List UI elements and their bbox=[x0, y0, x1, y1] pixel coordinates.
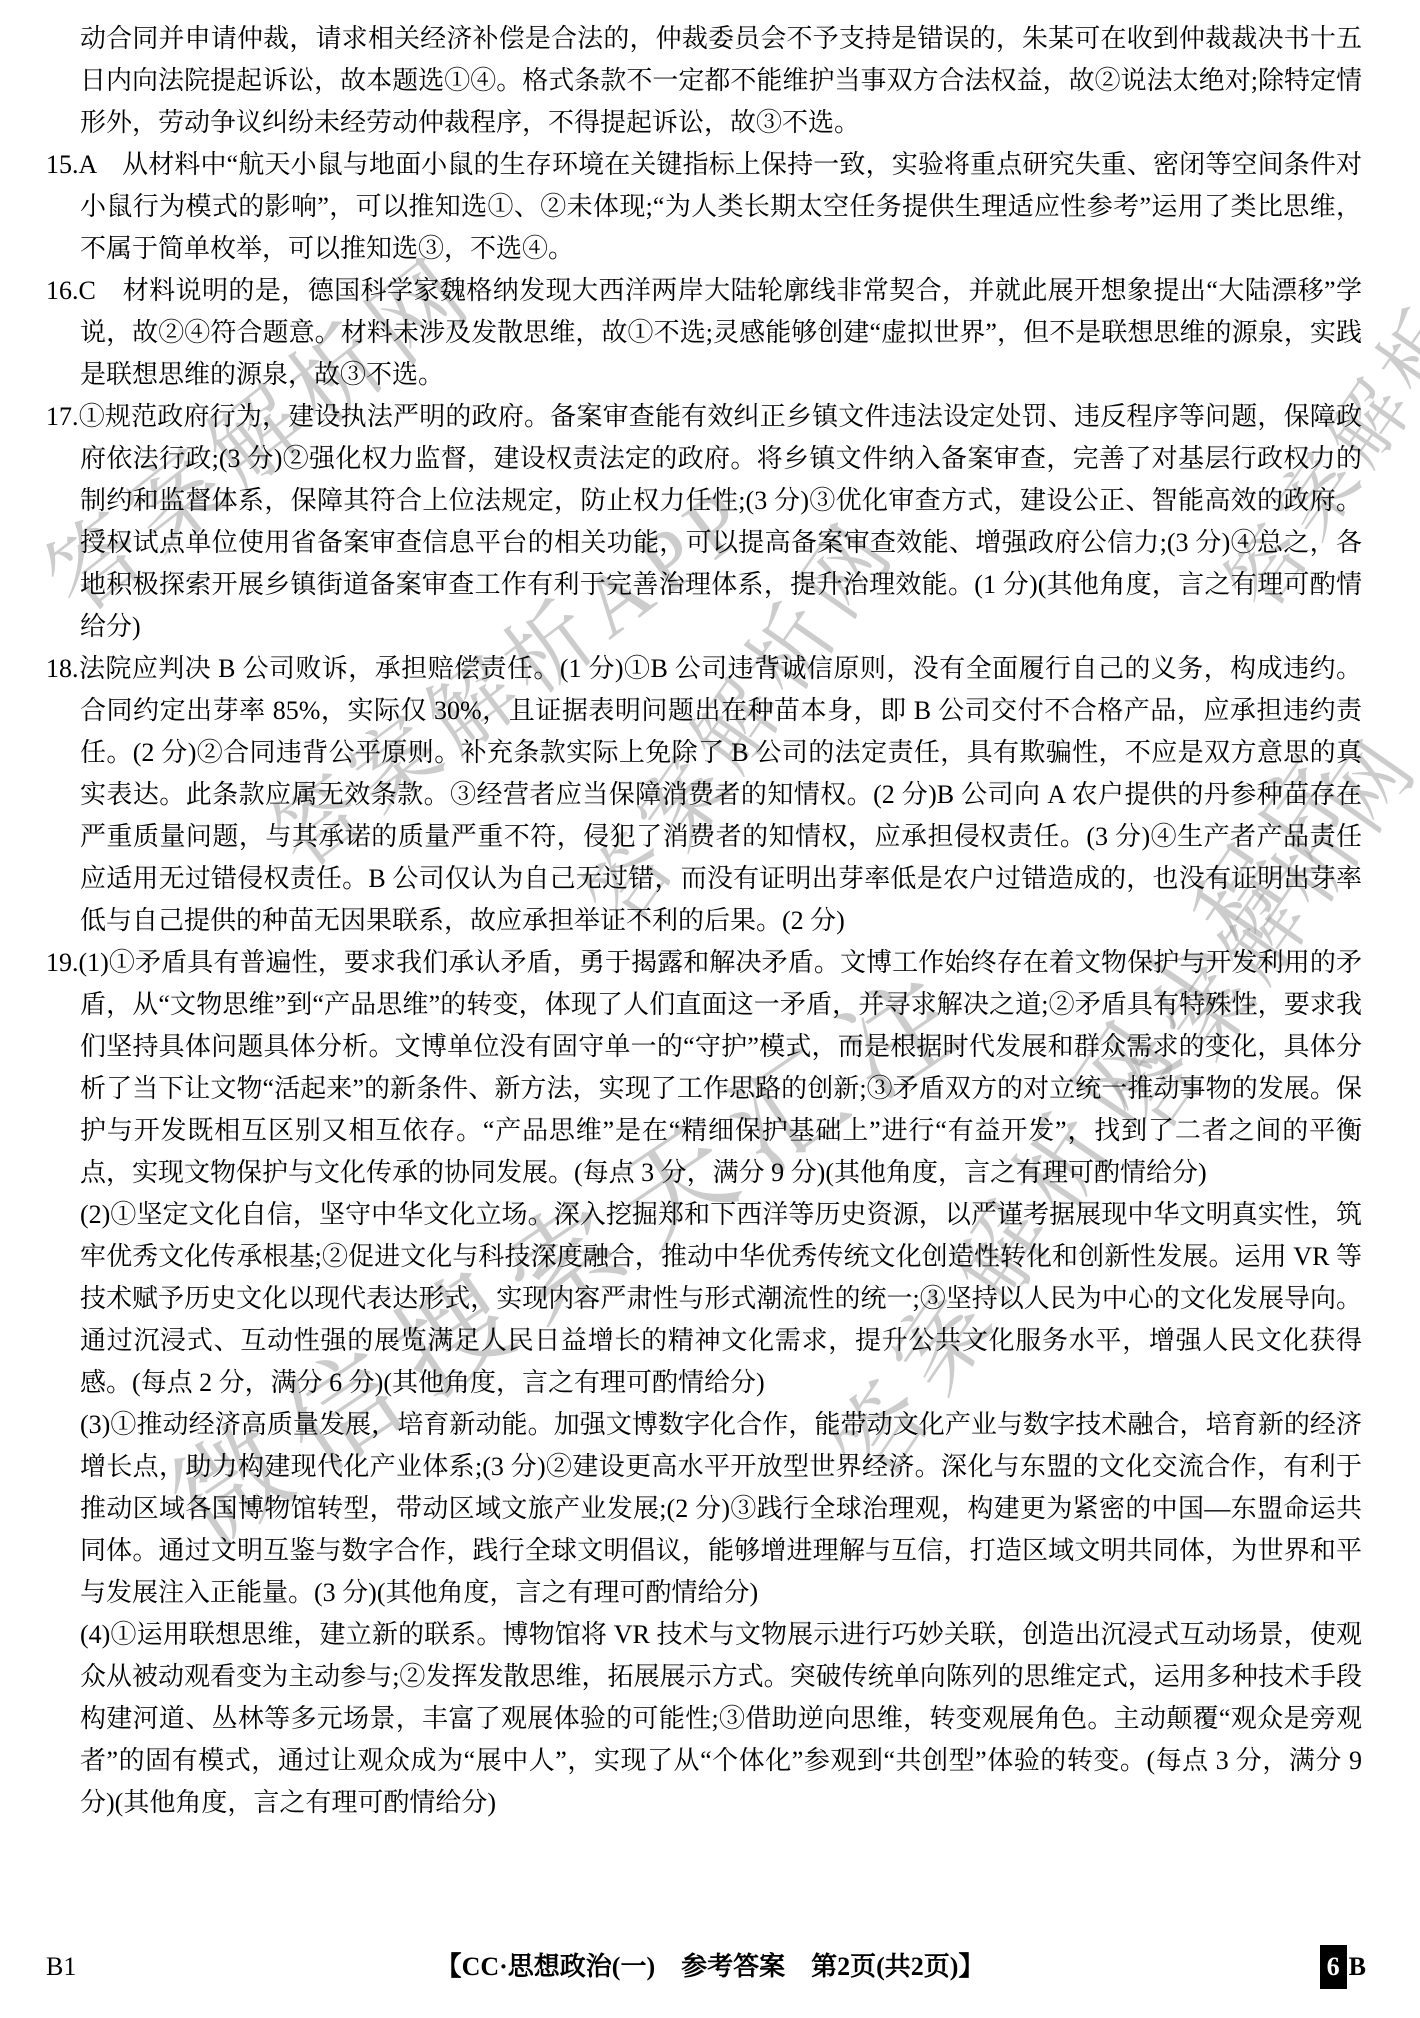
answer-item-19-part-2: (2)①坚定文化自信，坚守中华文化立场。深入挖掘郑和下西洋等历史资源，以严谨考据… bbox=[46, 1194, 1362, 1404]
item-text: A 从材料中“航天小鼠与地面小鼠的生存环境在关键指标上保持一致，实验将重点研究失… bbox=[79, 150, 1363, 263]
answer-content: 动合同并申请仲裁，请求相关经济补偿是合法的，仲裁委员会不予支持是错误的，朱某可在… bbox=[46, 18, 1362, 1824]
answer-item-16: 16.C 材料说明的是，德国科学家魏格纳发现大西洋两岸大陆轮廓线非常契合，并就此… bbox=[46, 270, 1362, 396]
intro-continuation-paragraph: 动合同并申请仲裁，请求相关经济补偿是合法的，仲裁委员会不予支持是错误的，朱某可在… bbox=[46, 18, 1362, 144]
footer-title: 【CC·思想政治(一) 参考答案 第2页(共2页)】 bbox=[46, 1945, 1374, 1989]
item-number: 17. bbox=[46, 402, 79, 431]
item-number: 18. bbox=[46, 654, 79, 683]
page-footer: B1 【CC·思想政治(一) 参考答案 第2页(共2页)】 6B bbox=[46, 1945, 1374, 1989]
item-text: 法院应判决 B 公司败诉，承担赔偿责任。(1 分)①B 公司违背诚信原则，没有全… bbox=[79, 654, 1363, 935]
item-text: (1)①矛盾具有普遍性，要求我们承认矛盾，勇于揭露和解决矛盾。文博工作始终存在着… bbox=[79, 948, 1363, 1187]
footer-badge: 6 bbox=[1320, 1945, 1347, 1989]
answer-item-17: 17.①规范政府行为，建设执法严明的政府。备案审查能有效纠正乡镇文件违法设定处罚… bbox=[46, 396, 1362, 648]
item-text: C 材料说明的是，德国科学家魏格纳发现大西洋两岸大陆轮廓线非常契合，并就此展开想… bbox=[79, 276, 1363, 389]
answer-item-19-part-3: (3)①推动经济高质量发展，培育新动能。加强文博数字化合作，能带动文化产业与数字… bbox=[46, 1404, 1362, 1614]
answer-item-19-part-4: (4)①运用联想思维，建立新的联系。博物馆将 VR 技术与文物展示进行巧妙关联，… bbox=[46, 1614, 1362, 1824]
answer-item-18: 18.法院应判决 B 公司败诉，承担赔偿责任。(1 分)①B 公司违背诚信原则，… bbox=[46, 648, 1362, 942]
answer-item-19-part-1: 19.(1)①矛盾具有普遍性，要求我们承认矛盾，勇于揭露和解决矛盾。文博工作始终… bbox=[46, 942, 1362, 1194]
item-number: 15. bbox=[46, 150, 79, 179]
item-text: ①规范政府行为，建设执法严明的政府。备案审查能有效纠正乡镇文件违法设定处罚、违反… bbox=[79, 402, 1363, 641]
footer-badge-suffix: B bbox=[1349, 1952, 1366, 1981]
footer-code-right: 6B bbox=[1320, 1945, 1366, 1989]
answer-item-15: 15.A 从材料中“航天小鼠与地面小鼠的生存环境在关键指标上保持一致，实验将重点… bbox=[46, 144, 1362, 270]
item-number: 16. bbox=[46, 276, 79, 305]
scanned-answer-page: 答案解析网 答案解析APP 答案解析网 微信搜索天汇注 答案解析网小程序 答案解… bbox=[0, 0, 1420, 2018]
item-number: 19. bbox=[46, 948, 79, 977]
